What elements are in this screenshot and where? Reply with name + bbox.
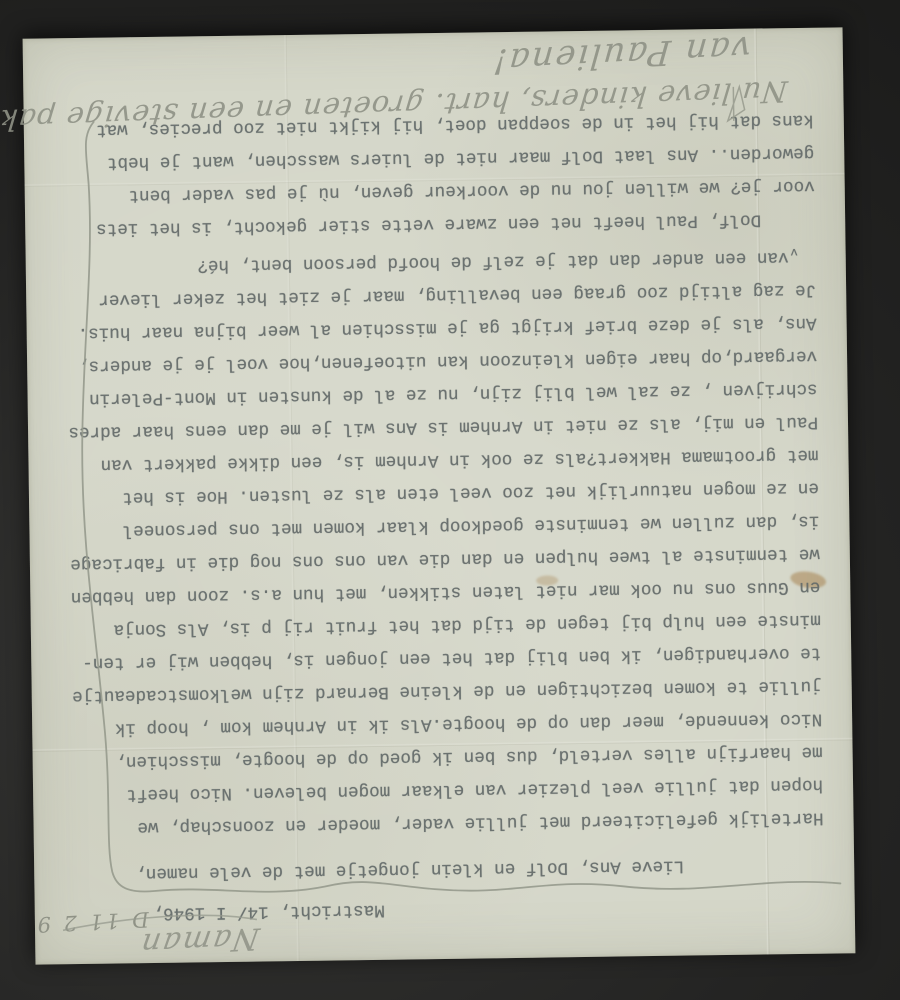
letter-body: Hartelijk gefeliciteerd met jullie vader… [48, 103, 824, 845]
name-scribble: Naman [137, 920, 262, 961]
archive-number: D 11 2 9 [34, 907, 149, 937]
closing-handwritten-line-2: van Pauliena! [490, 28, 753, 82]
body-line: van een ander dan dat je zelf de hoofd p… [197, 247, 788, 275]
letter-paper: Naman Mastricht, 14/ I 1946, D 11 2 9 Li… [23, 27, 856, 964]
insert-caret: v [790, 245, 797, 259]
salutation-line: Lieve Ans, Dolf en klein jongetje met de… [135, 854, 824, 884]
date-line: Mastricht, 14/ I 1946, [152, 900, 385, 923]
photo-backdrop: Naman Mastricht, 14/ I 1946, D 11 2 9 Li… [0, 0, 900, 1000]
